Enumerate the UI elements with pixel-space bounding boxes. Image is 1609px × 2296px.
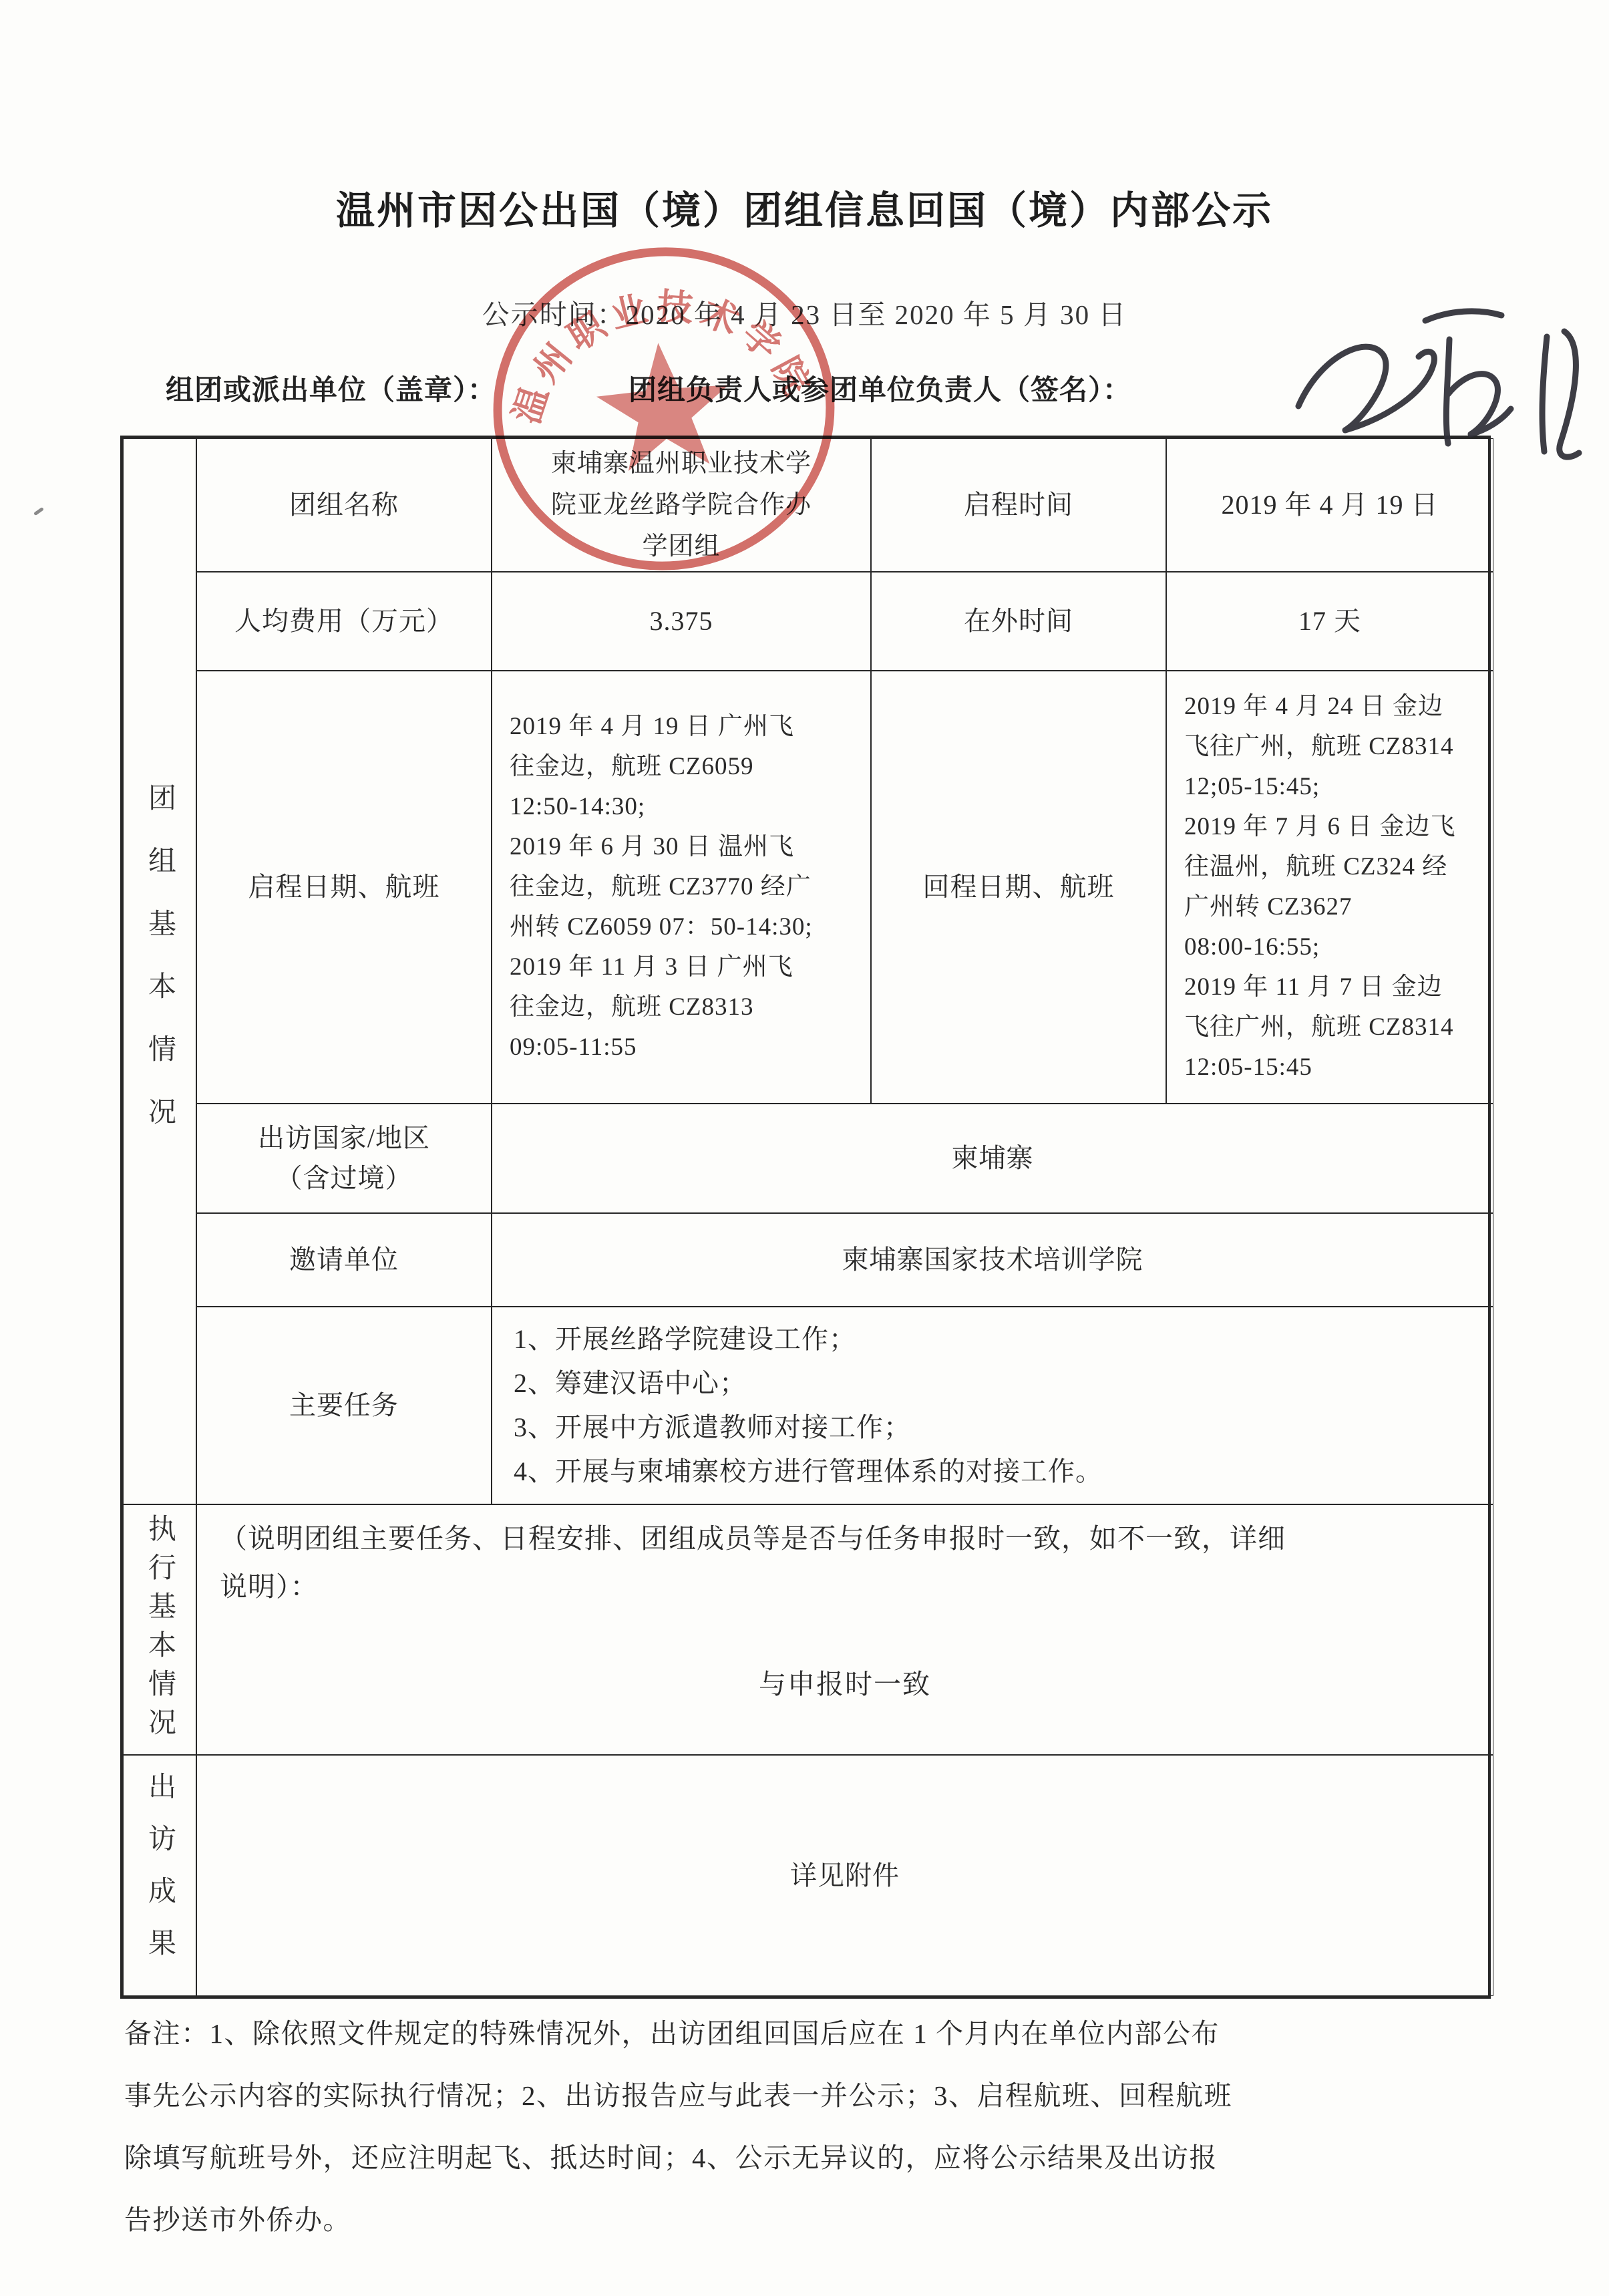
tasks-value-cell: 1、开展丝路学院建设工作； 2、筹建汉语中心； 3、开展中方派遣教师对接工作； … — [492, 1307, 1493, 1504]
leader-signature-label: 团组负责人或参团单位负责人（签名）： — [629, 375, 1131, 406]
return-flights-value-cell: 2019 年 4 月 24 日 金边 飞往广州，航班 CZ8314 12;05-… — [1166, 671, 1493, 1104]
section-execution: 执行基本情况 — [123, 1504, 196, 1755]
cost-value-cell: 3.375 — [492, 572, 871, 671]
execution-content-cell: （说明团组主要任务、日程安排、团组成员等是否与任务申报时一致，如不一致，详细 说… — [196, 1504, 1493, 1755]
cost-label-cell: 人均费用（万元） — [196, 572, 492, 671]
execution-value: 与申报时一致 — [220, 1660, 1470, 1708]
publicity-period: 公示时间：2020 年 4 月 23 日至 2020 年 5 月 30 日 — [0, 293, 1609, 332]
group-name-label-cell: 团组名称 — [196, 438, 492, 572]
return-flights-label-cell: 回程日期、航班 — [871, 671, 1166, 1104]
scanned-document-page: 温州市因公出国（境）团组信息回国（境）内部公示 公示时间：2020 年 4 月 … — [0, 0, 1609, 2296]
tasks-label-cell: 主要任务 — [196, 1307, 492, 1504]
results-value-cell: 详见附件 — [196, 1755, 1493, 1996]
scan-speck — [33, 507, 44, 516]
depart-time-value-cell: 2019 年 4 月 19 日 — [1166, 438, 1493, 572]
group-name-value-cell: 柬埔寨温州职业技术学院亚龙丝路学院合作办学团组 — [492, 438, 871, 572]
countries-value-cell: 柬埔寨 — [492, 1104, 1493, 1213]
depart-flights-label-cell: 启程日期、航班 — [196, 671, 492, 1104]
section-execution-label: 执行基本情况 — [140, 1514, 180, 1746]
page-title: 温州市因公出国（境）团组信息回国（境）内部公示 — [0, 179, 1609, 235]
unit-seal-label: 组团或派出单位（盖章）： — [166, 375, 496, 406]
section-basic-info-label: 团组基本情况 — [140, 783, 180, 1160]
duration-value-cell: 17 天 — [1166, 572, 1493, 671]
section-results-label: 出访成果 — [140, 1772, 180, 1980]
unit-signature-line: 组团或派出单位（盖章）：团组负责人或参团单位负责人（签名）： — [166, 368, 1131, 408]
duration-label-cell: 在外时间 — [871, 572, 1166, 671]
execution-prompt: （说明团组主要任务、日程安排、团组成员等是否与任务申报时一致，如不一致，详细 说… — [220, 1514, 1286, 1611]
depart-flights-value-cell: 2019 年 4 月 19 日 广州飞 往金边，航班 CZ6059 12:50-… — [492, 671, 871, 1104]
countries-label-cell: 出访国家/地区 （含过境） — [196, 1104, 492, 1213]
notes-block: 备注：1、除依照文件规定的特殊情况外，出访团组回国后应在 1 个月内在单位内部公… — [124, 2003, 1496, 2251]
publicity-table: 团组基本情况 团组名称 柬埔寨温州职业技术学院亚龙丝路学院合作办学团组 启程时间… — [120, 436, 1491, 1999]
inviter-value-cell: 柬埔寨国家技术培训学院 — [492, 1213, 1493, 1307]
section-results: 出访成果 — [123, 1755, 196, 1996]
depart-time-label-cell: 启程时间 — [871, 438, 1166, 572]
inviter-label-cell: 邀请单位 — [196, 1213, 492, 1307]
section-basic-info: 团组基本情况 — [123, 438, 196, 1504]
